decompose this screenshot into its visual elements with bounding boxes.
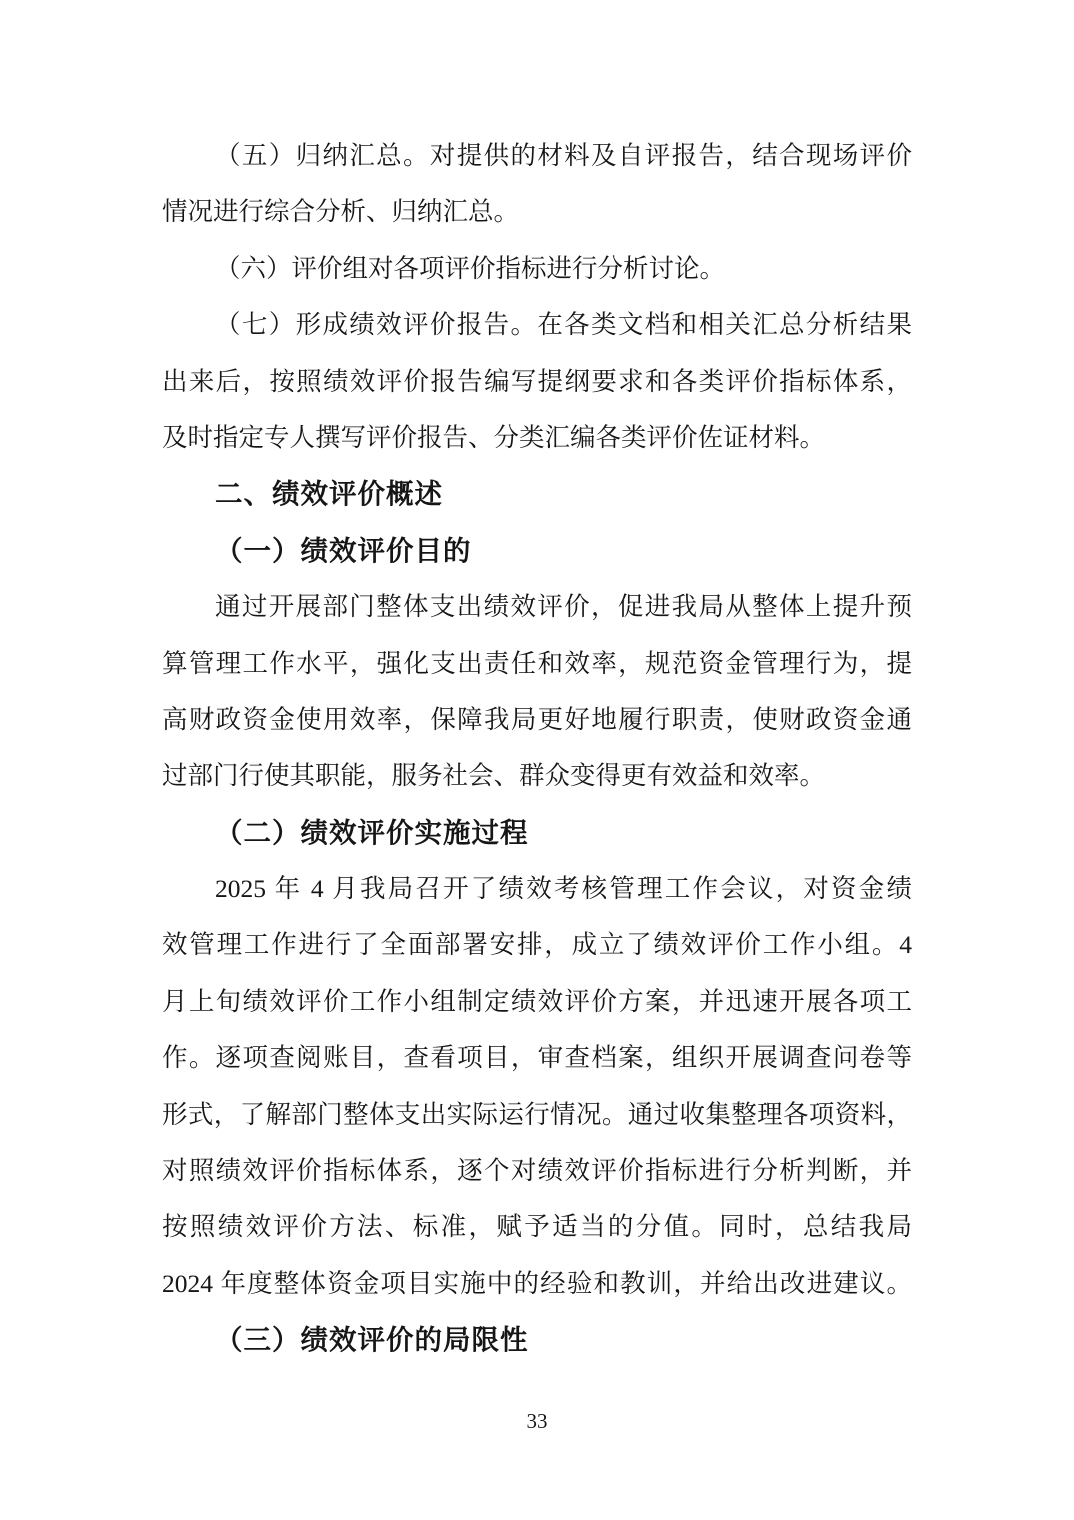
text-line: 形式，了解部门整体支出实际运行情况。通过收集整理各项资料， bbox=[162, 1087, 912, 1143]
text-line: 通过开展部门整体支出绩效评价，促进我局从整体上提升预 bbox=[162, 579, 912, 635]
text-line: （七）形成绩效评价报告。在各类文档和相关汇总分析结果 bbox=[162, 297, 912, 353]
text-line: 情况进行综合分析、归纳汇总。 bbox=[162, 184, 912, 240]
text-line: （五）归纳汇总。对提供的材料及自评报告，结合现场评价 bbox=[162, 128, 912, 184]
text-line: 过部门行使其职能，服务社会、群众变得更有效益和效率。 bbox=[162, 748, 912, 804]
text-line: 及时指定专人撰写评价报告、分类汇编各类评价佐证材料。 bbox=[162, 410, 912, 466]
heading: （三）绩效评价的局限性 bbox=[162, 1312, 912, 1368]
text-line: 对照绩效评价指标体系，逐个对绩效评价指标进行分析判断，并 bbox=[162, 1143, 912, 1199]
heading-line: （三）绩效评价的局限性 bbox=[162, 1312, 912, 1368]
page-footer: 33 bbox=[0, 1406, 1074, 1436]
heading: （一）绩效评价目的 bbox=[162, 523, 912, 579]
text-line: 按照绩效评价方法、标准，赋予适当的分值。同时，总结我局 bbox=[162, 1199, 912, 1255]
document-body: （五）归纳汇总。对提供的材料及自评报告，结合现场评价情况进行综合分析、归纳汇总。… bbox=[162, 128, 912, 1369]
heading: 二、绩效评价概述 bbox=[162, 466, 912, 522]
paragraph: （五）归纳汇总。对提供的材料及自评报告，结合现场评价情况进行综合分析、归纳汇总。 bbox=[162, 128, 912, 241]
paragraph: （七）形成绩效评价报告。在各类文档和相关汇总分析结果出来后，按照绩效评价报告编写… bbox=[162, 297, 912, 466]
text-line: （六）评价组对各项评价指标进行分析讨论。 bbox=[162, 241, 912, 297]
text-line: 出来后，按照绩效评价报告编写提纲要求和各类评价指标体系， bbox=[162, 354, 912, 410]
text-line: 月上旬绩效评价工作小组制定绩效评价方案，并迅速开展各项工 bbox=[162, 974, 912, 1030]
paragraph: 通过开展部门整体支出绩效评价，促进我局从整体上提升预算管理工作水平，强化支出责任… bbox=[162, 579, 912, 805]
paragraph: （六）评价组对各项评价指标进行分析讨论。 bbox=[162, 241, 912, 297]
text-line: 高财政资金使用效率，保障我局更好地履行职责，使财政资金通 bbox=[162, 692, 912, 748]
text-line: 效管理工作进行了全面部署安排，成立了绩效评价工作小组。4 bbox=[162, 917, 912, 973]
text-line: 作。逐项查阅账目，查看项目，审查档案，组织开展调查问卷等 bbox=[162, 1030, 912, 1086]
document-page: （五）归纳汇总。对提供的材料及自评报告，结合现场评价情况进行综合分析、归纳汇总。… bbox=[0, 0, 1074, 1520]
heading: （二）绩效评价实施过程 bbox=[162, 805, 912, 861]
heading-line: （一）绩效评价目的 bbox=[162, 523, 912, 579]
text-line: 算管理工作水平，强化支出责任和效率，规范资金管理行为，提 bbox=[162, 636, 912, 692]
page-number: 33 bbox=[527, 1409, 548, 1433]
text-line: 2024 年度整体资金项目实施中的经验和教训，并给出改进建议。 bbox=[162, 1256, 912, 1312]
paragraph: 2025 年 4 月我局召开了绩效考核管理工作会议，对资金绩效管理工作进行了全面… bbox=[162, 861, 912, 1312]
heading-line: 二、绩效评价概述 bbox=[162, 466, 912, 522]
heading-line: （二）绩效评价实施过程 bbox=[162, 805, 912, 861]
text-line: 2025 年 4 月我局召开了绩效考核管理工作会议，对资金绩 bbox=[162, 861, 912, 917]
